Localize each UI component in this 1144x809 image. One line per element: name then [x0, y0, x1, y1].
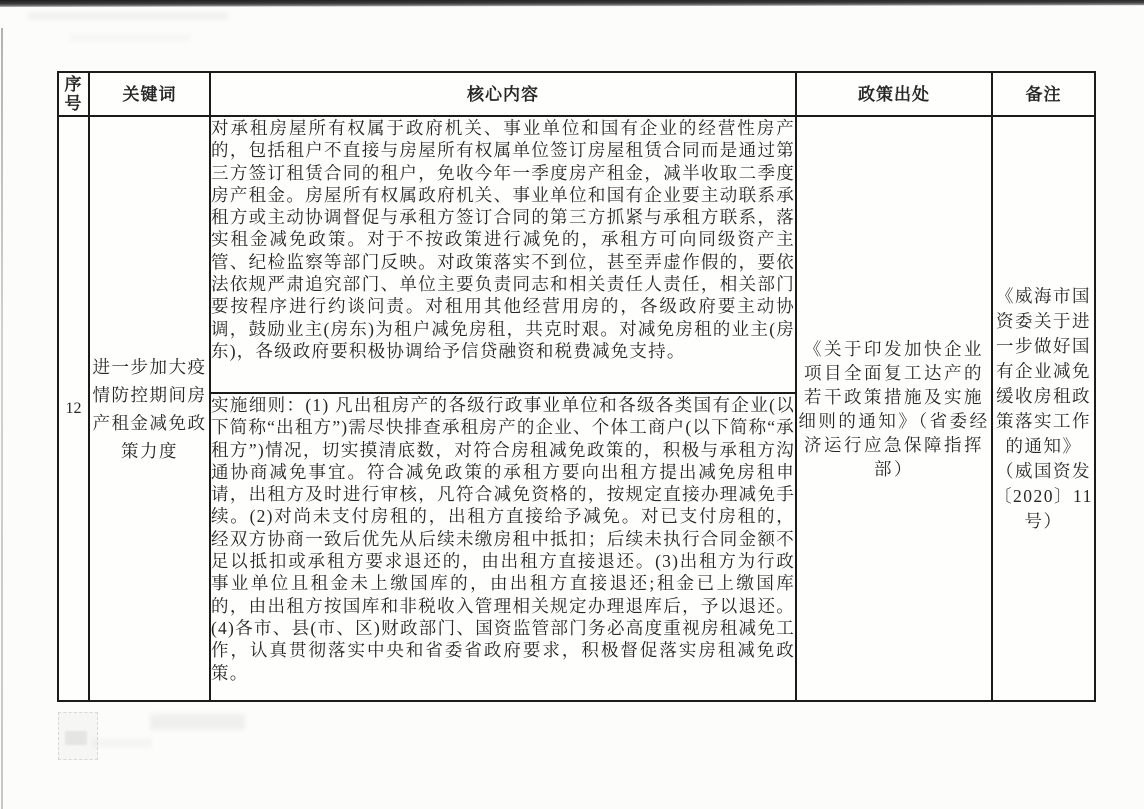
scan-artifact: [92, 738, 152, 748]
cell-policy-source: 《关于印发加快企业项目全面复工达产的若干政策措施及实施细则的通知》（省委经济运行…: [796, 116, 992, 701]
scan-bleedthrough-text: [150, 714, 245, 730]
header-core-content: 核心内容: [210, 72, 796, 116]
table-header-row: 序号 关键词 核心内容 政策出处 备注: [58, 72, 1095, 116]
scan-edge-left: [1, 28, 3, 809]
scanned-document-page: { "table": { "headers": { "serial": "序号"…: [0, 0, 1144, 809]
scan-artifact: [70, 34, 190, 41]
cell-serial-number: 12: [58, 116, 89, 701]
header-remark: 备注: [992, 72, 1095, 116]
table-row: 12 进一步加大疫情防控期间房产租金减免政策力度 对承租房屋所有权属于政府机关、…: [58, 116, 1095, 393]
cell-keyword: 进一步加大疫情防控期间房产租金减免政策力度: [89, 116, 210, 701]
scan-artifact: [28, 12, 228, 20]
cell-core-content-policy: 对承租房屋所有权属于政府机关、事业单位和国有企业的经营性房产的，包括租户不直接与…: [210, 116, 796, 393]
scan-artifact: [65, 731, 87, 745]
scan-edge-top: [0, 0, 1144, 7]
scan-bleedthrough-box: [58, 712, 98, 760]
header-serial: 序号: [58, 72, 89, 116]
cell-remark: 《威海市国资委关于进一步做好国有企业减免缓收房租政策落实工作的通知》（威国资发〔…: [992, 116, 1095, 701]
header-keyword: 关键词: [89, 72, 210, 116]
cell-core-content-detail: 实施细则：(1) 凡出租房产的各级行政事业单位和各级各类国有企业(以下简称“出租…: [210, 393, 796, 701]
header-policy-source: 政策出处: [796, 72, 992, 116]
policy-table: 序号 关键词 核心内容 政策出处 备注 12 进一步加大疫情防控期间房产租金减免…: [57, 71, 1096, 702]
